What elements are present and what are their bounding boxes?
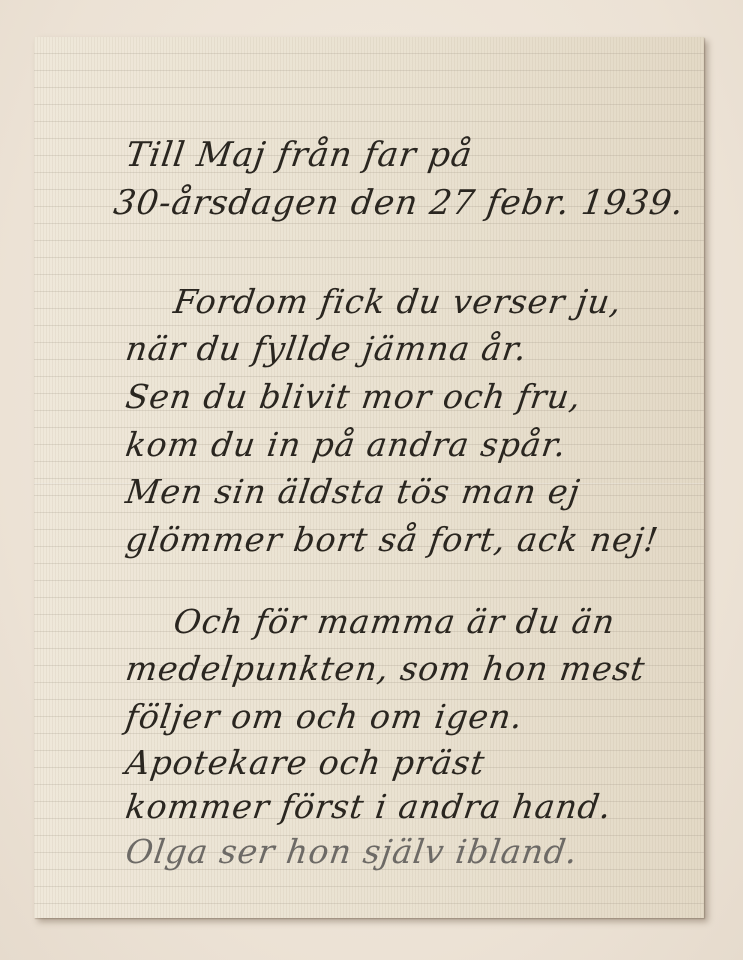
stanza2-line-5: kommer först i andra hand. — [123, 787, 614, 826]
stanza2-line-6: Olga ser hon själv ibland. — [123, 832, 580, 871]
stanza1-line-4: kom du in på andra spår. — [123, 425, 569, 464]
header-line-1: Till Maj från far på — [123, 135, 475, 175]
letter-paper: Till Maj från far på 30-årsdagen den 27 … — [34, 37, 704, 918]
stanza2-line-3: följer om och om igen. — [123, 697, 525, 736]
stanza1-line-3: Sen du blivit mor och fru, — [123, 377, 584, 416]
stanza2-line-1: Och för mamma är du än — [171, 602, 618, 641]
stanza2-line-2: medelpunkten, som hon mest — [123, 649, 648, 688]
stanza1-line-2: när du fyllde jämna år. — [123, 329, 530, 368]
stanza1-line-1: Fordom fick du verser ju, — [171, 282, 624, 321]
stanza1-line-6: glömmer bort så fort, ack nej! — [123, 520, 661, 559]
handwritten-text: Till Maj från far på 30-årsdagen den 27 … — [34, 37, 704, 918]
stanza2-line-4: Apotekare och präst — [123, 743, 487, 782]
header-line-2: 30-årsdagen den 27 febr. 1939. — [111, 183, 687, 223]
stanza1-line-5: Men sin äldsta tös man ej — [123, 472, 583, 511]
